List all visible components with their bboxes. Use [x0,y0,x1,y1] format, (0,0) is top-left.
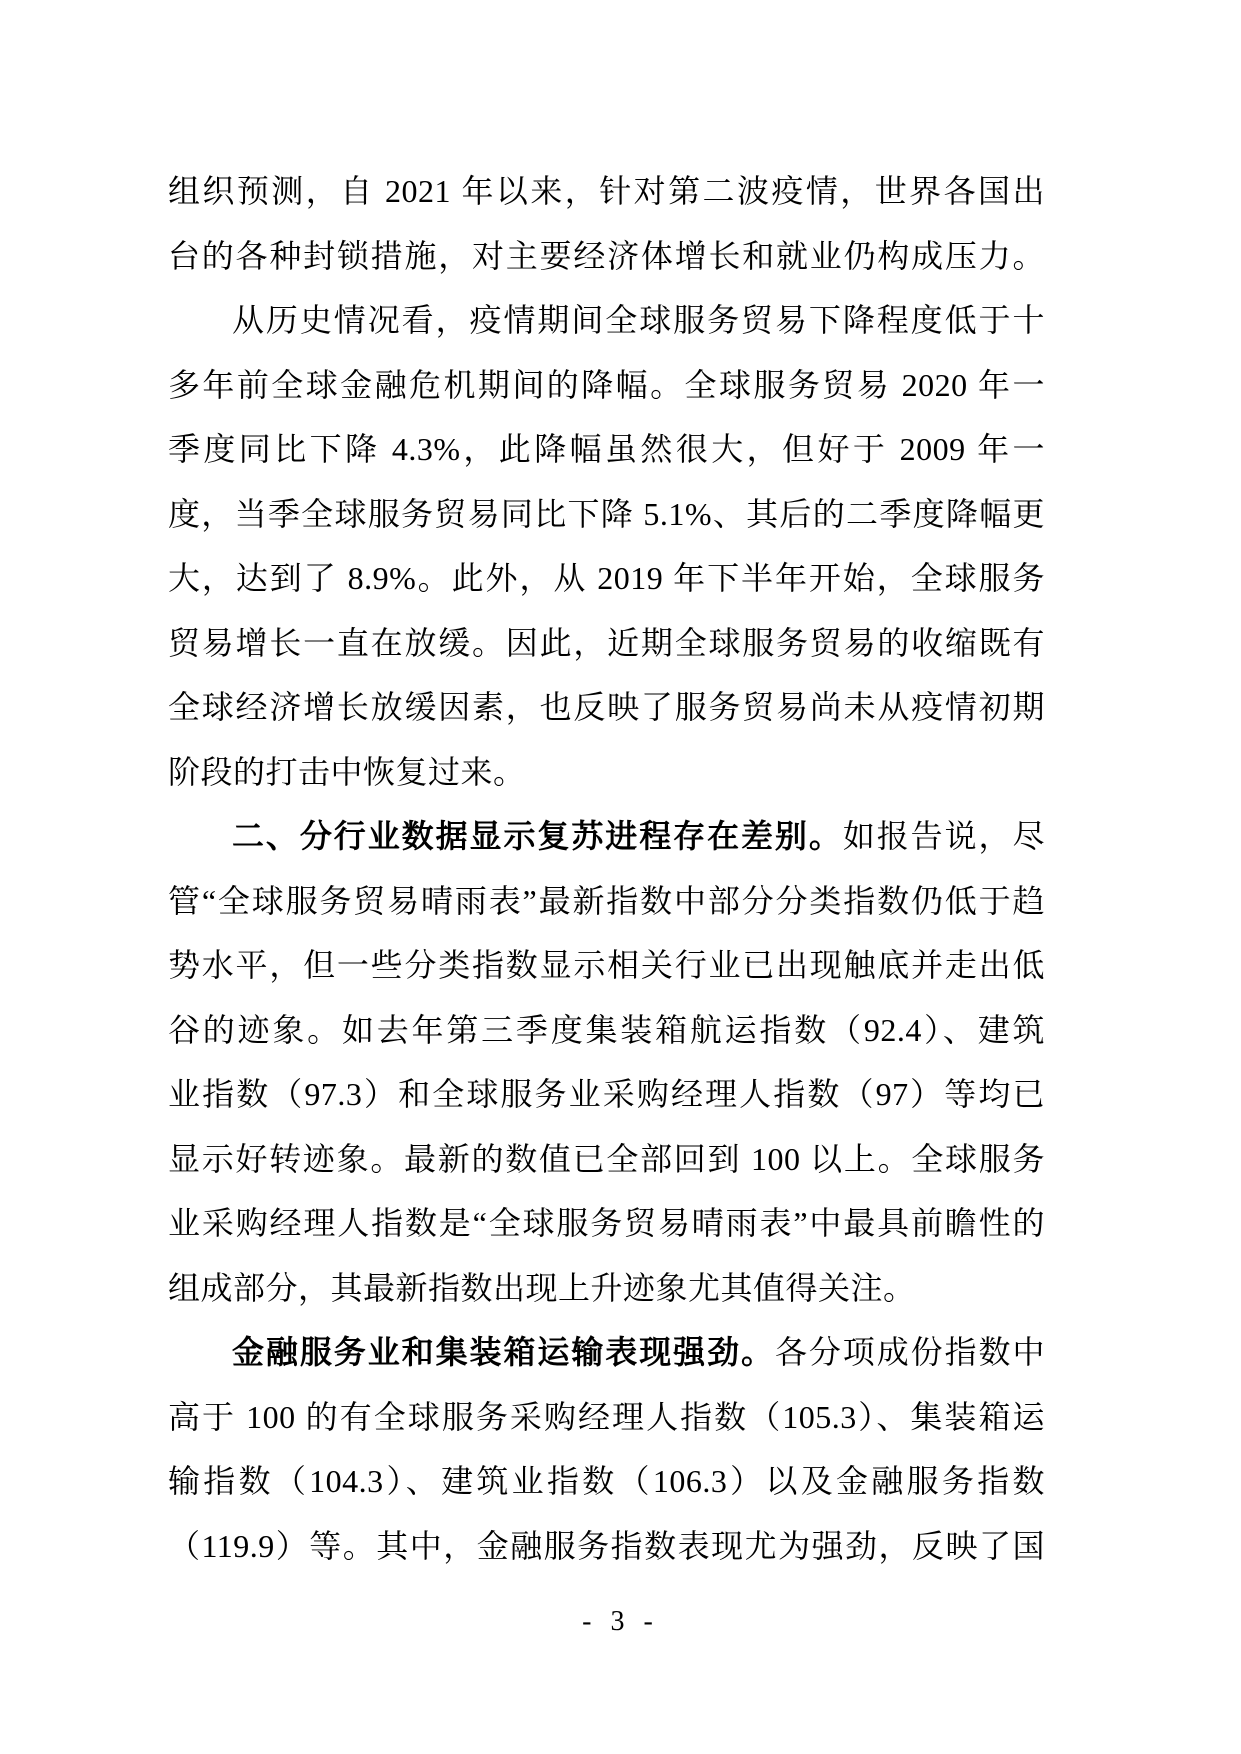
text-line: 高于 100 的有全球服务采购经理人指数（105.3）、集装箱运 [168,1385,1045,1450]
text-run: 业指数（97.3）和全球服务业采购经理人指数（97）等均已 [168,1076,1045,1112]
text-run: 势水平，但一些分类指数显示相关行业已出现触底并走出低 [168,947,1045,983]
text-run: 台的各种封锁措施，对主要经济体增长和就业仍构成压力。 [168,238,1045,274]
text-run: 度，当季全球服务贸易同比下降 5.1%、其后的二季度降幅更 [168,496,1045,532]
text-line: 阶段的打击中恢复过来。 [168,740,1045,805]
text-run: （119.9）等。其中，金融服务指数表现尤为强劲，反映了国 [168,1528,1045,1564]
text-run: 组织预测，自 2021 年以来，针对第二波疫情，世界各国出 [168,173,1045,209]
text-run: 从历史情况看，疫情期间全球服务贸易下降程度低于十 [232,302,1045,338]
text-line: 度，当季全球服务贸易同比下降 5.1%、其后的二季度降幅更 [168,482,1045,547]
text-run: 谷的迹象。如去年第三季度集装箱航运指数（92.4）、建筑 [168,1012,1045,1048]
text-line: 谷的迹象。如去年第三季度集装箱航运指数（92.4）、建筑 [168,998,1045,1063]
text-run: 季度同比下降 4.3%，此降幅虽然很大，但好于 2009 年一 [168,431,1045,467]
text-run: 输指数（104.3）、建筑业指数（106.3）以及金融服务指数 [168,1463,1045,1499]
text-line: 台的各种封锁措施，对主要经济体增长和就业仍构成压力。 [168,224,1045,289]
text-run: 各分项成份指数中 [775,1334,1045,1370]
bold-heading-run: 二、分行业数据显示复苏进程存在差别。 [232,818,843,854]
text-line: 显示好转迹象。最新的数值已全部回到 100 以上。全球服务 [168,1127,1045,1192]
text-line: 势水平，但一些分类指数显示相关行业已出现触底并走出低 [168,933,1045,998]
text-line: 组成部分，其最新指数出现上升迹象尤其值得关注。 [168,1256,1045,1321]
text-line: 从历史情况看，疫情期间全球服务贸易下降程度低于十 [168,288,1045,353]
text-line: 业指数（97.3）和全球服务业采购经理人指数（97）等均已 [168,1062,1045,1127]
text-run: 阶段的打击中恢复过来。 [168,754,526,790]
document-body: 组织预测，自 2021 年以来，针对第二波疫情，世界各国出台的各种封锁措施，对主… [168,159,1045,1578]
text-run: 显示好转迹象。最新的数值已全部回到 100 以上。全球服务 [168,1141,1045,1177]
document-page: 组织预测，自 2021 年以来，针对第二波疫情，世界各国出台的各种封锁措施，对主… [0,0,1241,1754]
text-run: 全球经济增长放缓因素，也反映了服务贸易尚未从疫情初期 [168,689,1045,725]
text-run: 管“全球服务贸易晴雨表”最新指数中部分分类指数仍低于趋 [168,883,1045,919]
text-run: 如报告说，尽 [843,818,1045,854]
text-run: 多年前全球金融危机期间的降幅。全球服务贸易 2020 年一 [168,367,1045,403]
text-run: 组成部分，其最新指数出现上升迹象尤其值得关注。 [168,1270,916,1306]
text-line: 组织预测，自 2021 年以来，针对第二波疫情，世界各国出 [168,159,1045,224]
text-line: 大，达到了 8.9%。此外，从 2019 年下半年开始，全球服务 [168,546,1045,611]
text-line: 管“全球服务贸易晴雨表”最新指数中部分分类指数仍低于趋 [168,869,1045,934]
text-line: 金融服务业和集装箱运输表现强劲。各分项成份指数中 [168,1320,1045,1385]
text-run: 大，达到了 8.9%。此外，从 2019 年下半年开始，全球服务 [168,560,1045,596]
text-line: 季度同比下降 4.3%，此降幅虽然很大，但好于 2009 年一 [168,417,1045,482]
text-line: 输指数（104.3）、建筑业指数（106.3）以及金融服务指数 [168,1449,1045,1514]
text-run: 业采购经理人指数是“全球服务贸易晴雨表”中最具前瞻性的 [168,1205,1045,1241]
text-run: 高于 100 的有全球服务采购经理人指数（105.3）、集装箱运 [168,1399,1045,1435]
text-line: 业采购经理人指数是“全球服务贸易晴雨表”中最具前瞻性的 [168,1191,1045,1256]
text-line: 贸易增长一直在放缓。因此，近期全球服务贸易的收缩既有 [168,611,1045,676]
text-line: （119.9）等。其中，金融服务指数表现尤为强劲，反映了国 [168,1514,1045,1579]
text-line: 多年前全球金融危机期间的降幅。全球服务贸易 2020 年一 [168,353,1045,418]
text-run: 贸易增长一直在放缓。因此，近期全球服务贸易的收缩既有 [168,625,1045,661]
text-line: 全球经济增长放缓因素，也反映了服务贸易尚未从疫情初期 [168,675,1045,740]
page-number: - 3 - [0,1600,1241,1644]
bold-heading-run: 金融服务业和集装箱运输表现强劲。 [232,1334,775,1370]
text-line: 二、分行业数据显示复苏进程存在差别。如报告说，尽 [168,804,1045,869]
